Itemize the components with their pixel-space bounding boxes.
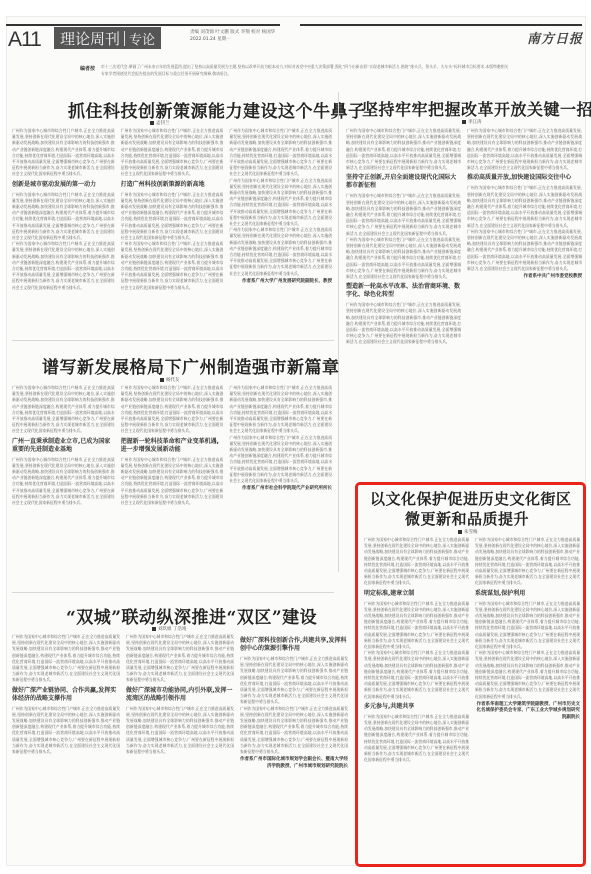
body-text: 广州作为国家中心城市和综合性门户城市,正在全力推进高质量发展,坚持创新在现代化建… [121, 457, 224, 507]
body-text: 广州作为国家中心城市和综合性门户城市,正在全力推进高质量发展,坚持创新在现代化建… [126, 706, 234, 756]
author-note: 作者系广州大学广州发展研究院副院长、教授 [229, 279, 332, 286]
body-text: 广州作为国家中心城市和综合性门户城市,正在全力推进高质量发展,坚持创新在现代化建… [229, 128, 332, 178]
body-text: 广州作为国家中心城市和综合性门户城市,正在全力推进高质量发展,坚持创新在现代化建… [346, 302, 461, 345]
body-text: 广州作为国家中心城市和综合性门户城市,正在全力推进高质量发展,坚持创新在现代化建… [12, 385, 115, 435]
article-subhead: 明定标准,建章立制 [364, 590, 469, 598]
article-byline: 杨代友 [160, 377, 180, 383]
body-text: 广州作为国家中心城市和综合性门户城市,正在全力推进高质量发展,坚持创新在现代化建… [229, 227, 332, 277]
article-byline: 朱雪梅 [458, 529, 478, 535]
body-text: 广州作为国家中心城市和综合性门户城市,正在全力推进高质量发展,坚持创新在现代化建… [346, 128, 461, 171]
article-title[interactable]: 坚持牢牢把握改革开放关键一招 [362, 97, 591, 120]
editorial-meta: 责编 刘茂锦 叶文鹏 版式 李翔 校对 杨国华 2022.01.24 星期一 [190, 29, 275, 43]
editor-note-label: 编者按 [80, 65, 95, 77]
body-text: 广州作为国家中心城市和综合性门户城市,正在全力推进高质量发展,坚持创新在现代化建… [364, 714, 469, 764]
article-subhead: 系统谋划,保护利用 [475, 590, 580, 598]
body-text: 广州作为国家中心城市和综合性门户城市,正在全力推进高质量发展,坚持创新在现代化建… [12, 634, 120, 684]
author-note: 作者系广州市社会科学院现代产业研究所所长 [229, 486, 332, 493]
body-text: 广州作为国家中心城市和综合性门户城市,正在全力推进高质量发展,坚持创新在现代化建… [12, 241, 115, 291]
body-text: 广州作为国家中心城市和综合性门户城市,正在全力推进高质量发展,坚持创新在现代化建… [121, 128, 224, 178]
article-body: 广州作为国家中心城市和综合性门户城市,正在全力推进高质量发展,坚持创新在现代化建… [12, 385, 332, 585]
article-subhead: 创新是城市驱动发展的第一动力 [12, 181, 115, 189]
body-text: 广州作为国家中心城市和综合性门户城市,正在全力推进高质量发展,坚持创新在现代化建… [475, 601, 580, 651]
meta-date: 2022.01.24 星期一 [190, 36, 275, 43]
body-text: 广州作为国家中心城市和综合性门户城市,正在全力推进高质量发展,坚持创新在现代化建… [121, 241, 224, 291]
body-text: 广州作为国家中心城市和综合性门户城市,正在全力推进高质量发展,坚持创新在现代化建… [364, 601, 469, 651]
column-divider [338, 92, 339, 572]
author-note: 作者系广州市国际化城市规划学会副会长、暨南大学经济学院教授、广州市城市规划研究院… [240, 757, 348, 770]
editor-note: 编者按 市十三次党代会,擘画了广州未来五年的发展蓝图,提出了坚持以高质量发展为主… [80, 63, 510, 77]
article-subhead: 打造广州科技创新策源的新高地 [121, 181, 224, 189]
body-text: 广州作为国家中心城市和综合性门户城市,正在全力推进高质量发展,坚持创新在现代化建… [12, 457, 115, 507]
body-text: 广州作为国家中心城市和综合性门户城市,正在全力推进高质量发展,坚持创新在现代化建… [240, 656, 348, 706]
author-note: 作者系华南理工大学建筑学院副教授、广州市历史文化名城保护委员会专家、广东工业大学… [475, 702, 580, 722]
article-subhead: 广州一直秉承制造业立市,已成为国家重要的先进制造业基地 [12, 438, 115, 454]
article-title[interactable]: “双城”联动纵深推进“双区”建设 [66, 603, 317, 628]
article-byline: 孟钊兰 [150, 120, 170, 126]
article-body: 广州作为国家中心城市和综合性门户城市,正在全力推进高质量发展,坚持创新在现代化建… [12, 128, 332, 333]
newspaper-logo: 南方日报 [527, 28, 583, 47]
body-text: 广州作为国家中心城市和综合性门户城市,正在全力推进高质量发展,坚持创新在现代化建… [364, 537, 469, 587]
body-text: 广州作为国家中心城市和综合性门户城市,正在全力推进高质量发展,坚持创新在现代化建… [121, 192, 224, 242]
body-text: 广州作为国家中心城市和综合性门户城市,正在全力推进高质量发展,坚持创新在现代化建… [12, 192, 115, 242]
body-text: 广州作为国家中心城市和综合性门户城市,正在全力推进高质量发展,坚持创新在现代化建… [346, 237, 461, 280]
article-subhead: 做好广深城市功能协同,内引外联,发挥一流湾区的战略引领作用 [126, 687, 234, 703]
article-subhead: 坚持守正创新,开启全面建设现代化国际大都市新征程 [346, 174, 461, 190]
body-text: 广州作为国家中心城市和综合性门户城市,正在全力推进高质量发展,坚持创新在现代化建… [12, 128, 115, 178]
body-text: 广州作为国家中心城市和综合性门户城市,正在全力推进高质量发展,坚持创新在现代化建… [126, 634, 234, 684]
article-title-line2[interactable]: 微更新和品质提升 [405, 508, 529, 529]
article-title[interactable]: 抓住科技创新策源能力建设这个牛鼻子 [68, 97, 366, 122]
body-text: 广州作为国家中心城市和综合性门户城市,正在全力推进高质量发展,坚持创新在现代化建… [467, 185, 582, 228]
article-subhead: 塑造新一轮高水平改革、法治营商环境、数字化、绿色化转型 [346, 283, 461, 299]
article-byline: 李江涛 [462, 119, 482, 125]
header-rule [300, 24, 582, 26]
body-text: 广州作为国家中心城市和综合性门户城市,正在全力推进高质量发展,坚持创新在现代化建… [229, 435, 332, 485]
body-text: 广州作为国家中心城市和综合性门户城市,正在全力推进高质量发展,坚持创新在现代化建… [121, 385, 224, 435]
page-number: A11 [8, 28, 41, 52]
author-note: 作者系中共广州市委党校教授 [467, 274, 582, 281]
section-title: 理论周刊 [60, 28, 120, 49]
article-subhead: 多元参与,共建共享 [364, 703, 469, 711]
body-text: 广州作为国家中心城市和综合性门户城市,正在全力推进高质量发展,坚持创新在现代化建… [467, 229, 582, 272]
body-text: 广州作为国家中心城市和综合性门户城市,正在全力推进高质量发展,坚持创新在现代化建… [467, 128, 582, 171]
section-divider [12, 592, 334, 593]
body-text: 广州作为国家中心城市和综合性门户城市,正在全力推进高质量发展,坚持创新在现代化建… [240, 706, 348, 756]
article-body: 广州作为国家中心城市和综合性门户城市,正在全力推进高质量发展,坚持创新在现代化建… [364, 537, 580, 859]
article-subhead: 把握新一轮科技革命和产业变革机遇,进一步增强发展新动能 [121, 438, 224, 454]
article-title[interactable]: 谱写新发展格局下广州制造强市新篇章 [42, 353, 340, 378]
editor-note-text: 市十三次党代会,擘画了广州未来五年的发展蓝图,提出了坚持以高质量发展为主题,坚持… [101, 63, 510, 77]
article-subhead: 推动高质量开放,加快建设国际交往中心 [467, 174, 582, 182]
body-text: 广州作为国家中心城市和综合性门户城市,正在全力推进高质量发展,坚持创新在现代化建… [229, 178, 332, 228]
section-tag: 理论周刊 专论 [54, 27, 161, 49]
body-text: 广州作为国家中心城市和综合性门户城市,正在全力推进高质量发展,坚持创新在现代化建… [229, 385, 332, 435]
body-text: 广州作为国家中心城市和综合性门户城市,正在全力推进高质量发展,坚持创新在现代化建… [364, 650, 469, 700]
section-separator [124, 31, 125, 46]
article-subhead: 做好广深产业链协同、合作共赢,发挥实体经济的战略支撑作用 [12, 687, 120, 703]
body-text: 广州作为国家中心城市和综合性门户城市,正在全力推进高质量发展,坚持创新在现代化建… [346, 193, 461, 236]
section-divider [12, 340, 334, 341]
article-body: 广州作为国家中心城市和综合性门户城市,正在全力推进高质量发展,坚持创新在现代化建… [12, 634, 348, 860]
header-rule [6, 24, 280, 26]
meta-editors: 责编 刘茂锦 叶文鹏 版式 李翔 校对 杨国华 [190, 29, 275, 36]
body-text: 广州作为国家中心城市和综合性门户城市,正在全力推进高质量发展,坚持创新在现代化建… [475, 537, 580, 587]
body-text: 广州作为国家中心城市和综合性门户城市,正在全力推进高质量发展,坚持创新在现代化建… [12, 706, 120, 756]
subsection-title: 专论 [129, 29, 155, 48]
article-body: 广州作为国家中心城市和综合性门户城市,正在全力推进高质量发展,坚持创新在现代化建… [346, 128, 582, 473]
body-text: 广州作为国家中心城市和综合性门户城市,正在全力推进高质量发展,坚持创新在现代化建… [475, 650, 580, 700]
article-title-line1[interactable]: 以文化保护促进历史文化街区 [370, 488, 572, 509]
article-subhead: 做好广深科技创新合作,共建共享,发挥科创中心的策源引擎作用 [240, 637, 348, 653]
article-byline: 刘玖姐 丁浩靖 [152, 626, 186, 632]
